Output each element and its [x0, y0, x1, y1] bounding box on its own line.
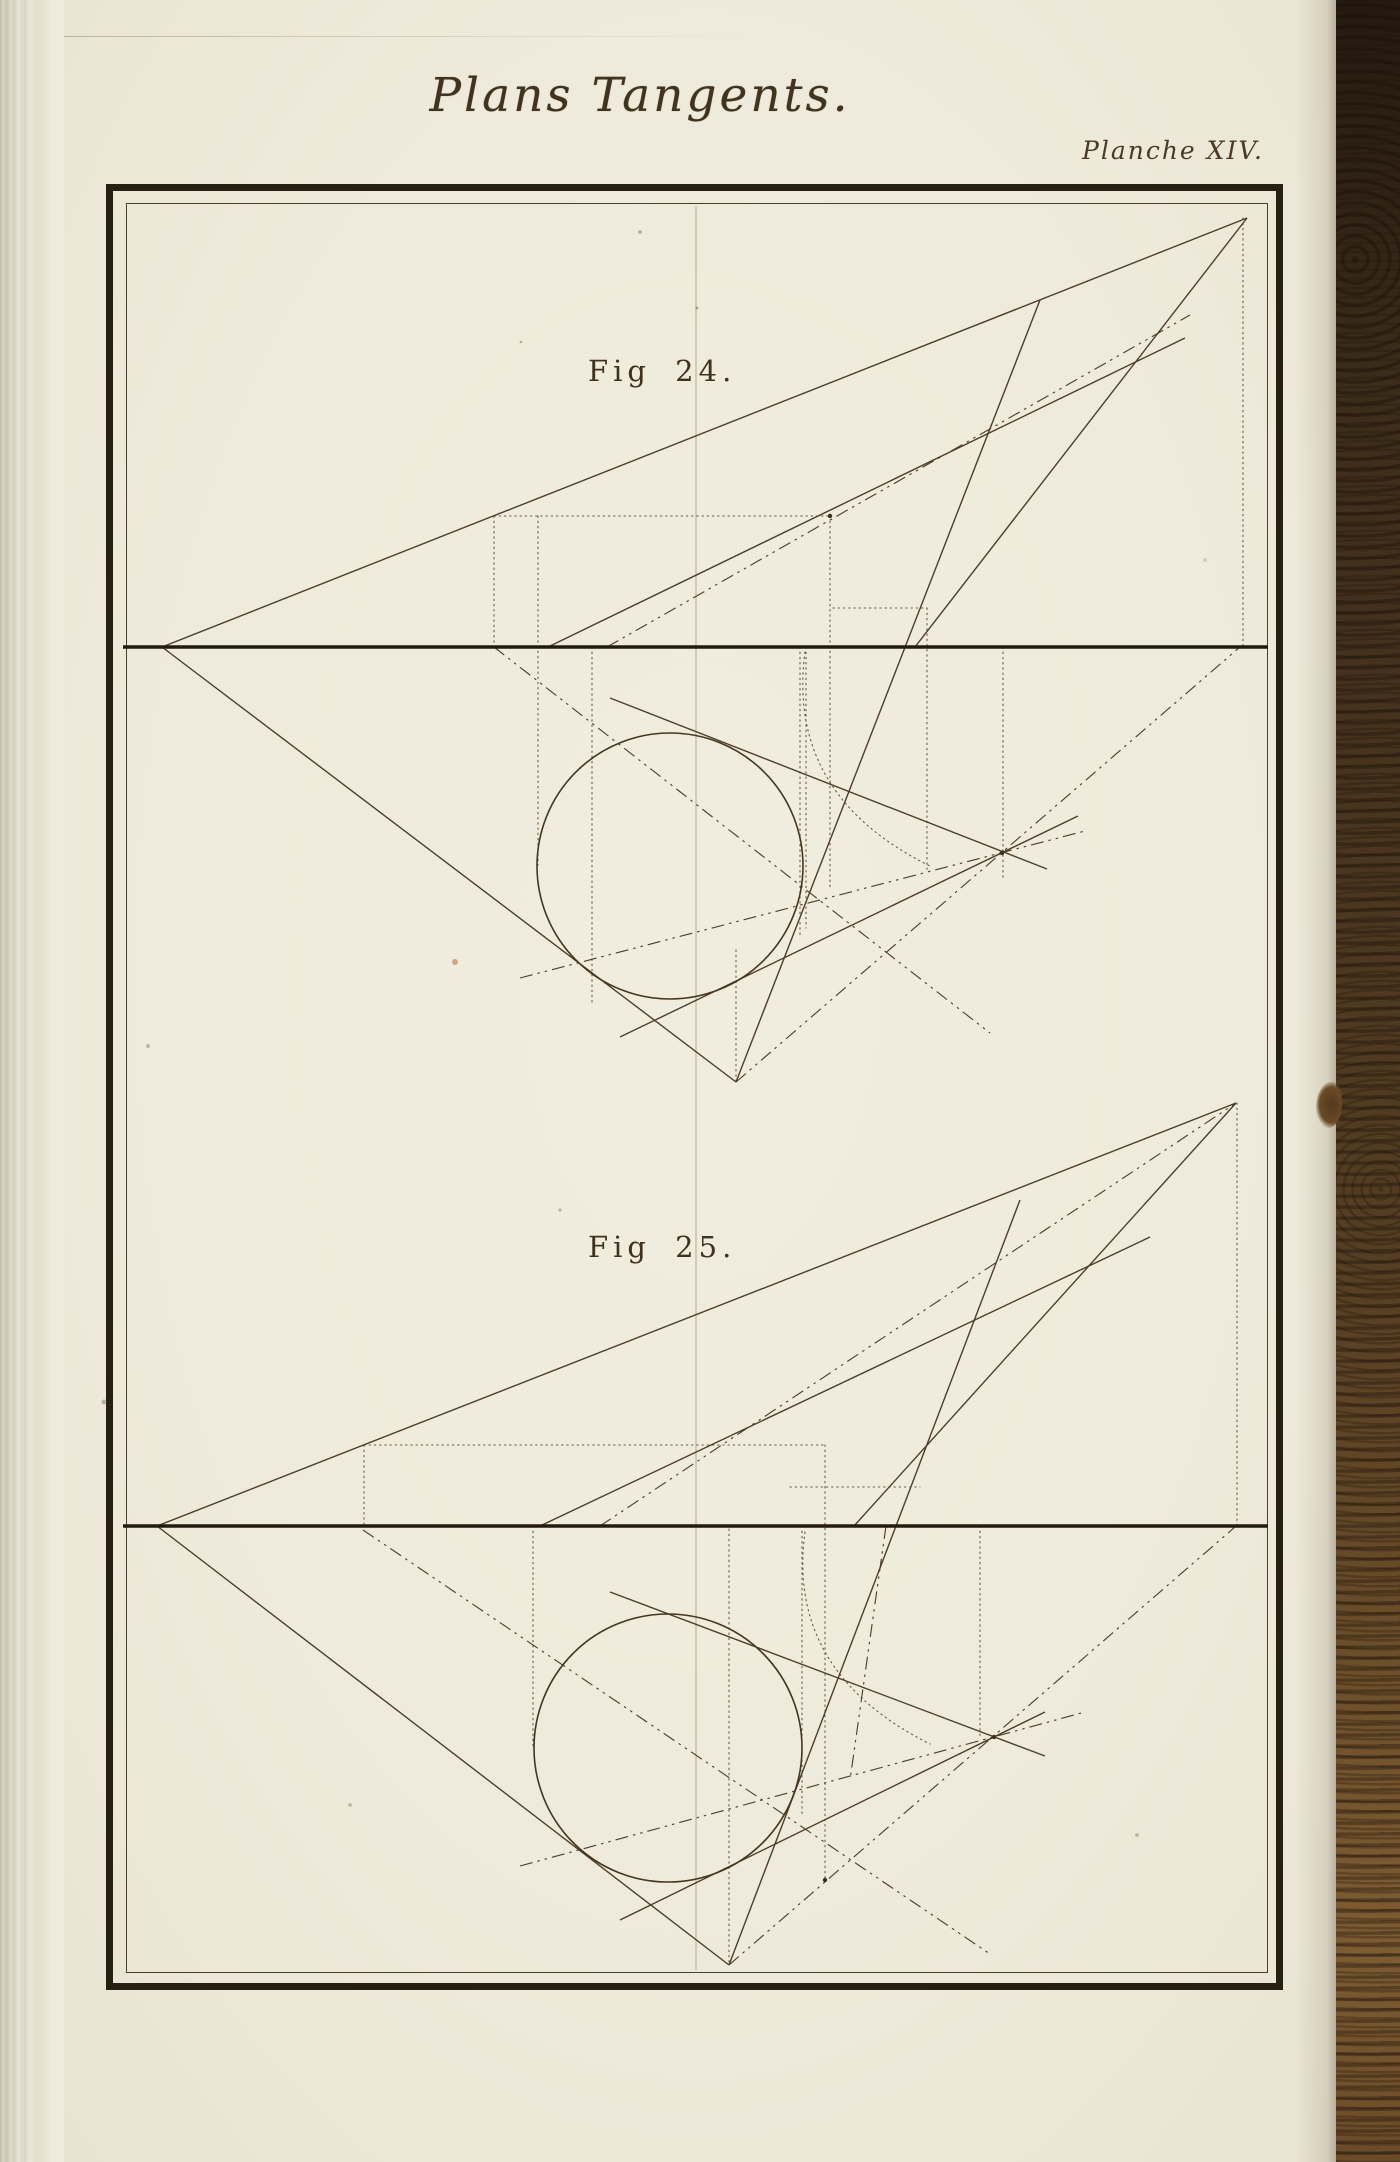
construction-line: [610, 1592, 1045, 1756]
trace-line: [850, 1526, 886, 1780]
paper-speck: [1203, 558, 1207, 562]
paper-speck: [520, 341, 523, 344]
construction-line: [854, 1103, 1236, 1526]
cone-base-circle: [537, 733, 803, 999]
trace-line: [736, 647, 1240, 1082]
construction-point: [823, 1878, 827, 1882]
construction-point: [992, 1735, 996, 1739]
paper-speck: [1135, 1833, 1139, 1837]
paper-speck: [638, 230, 642, 234]
cone-base-circle: [534, 1614, 802, 1882]
construction-line: [729, 1200, 1020, 1965]
paper-speck: [696, 307, 699, 310]
trace-line: [363, 1530, 990, 1954]
construction-point: [1000, 851, 1004, 855]
trace-line: [729, 1527, 1235, 1965]
construction-line: [915, 218, 1247, 647]
construction-line: [736, 300, 1040, 1082]
construction-line: [540, 1237, 1150, 1526]
figure-24-label: Fig 24.: [588, 354, 736, 388]
construction-point: [828, 514, 832, 518]
construction-line: [157, 1526, 729, 1965]
paper-speck: [348, 1803, 352, 1807]
trace-line: [494, 647, 990, 1033]
paper-speck: [102, 1400, 107, 1405]
book-page: { "page": { "title": "Plans Tangents.", …: [0, 0, 1400, 2162]
construction-line: [162, 218, 1247, 647]
paper-speck: [146, 1044, 150, 1048]
projection-curve: [803, 1532, 930, 1744]
construction-line: [620, 1712, 1045, 1920]
paper-speck: [452, 959, 458, 965]
construction-line: [620, 816, 1078, 1037]
projection-curve: [803, 652, 930, 866]
paper-speck: [558, 1208, 562, 1212]
engraving-canvas: [0, 0, 1400, 2162]
figure-25-label: Fig 25.: [588, 1230, 736, 1264]
construction-line: [162, 647, 736, 1082]
